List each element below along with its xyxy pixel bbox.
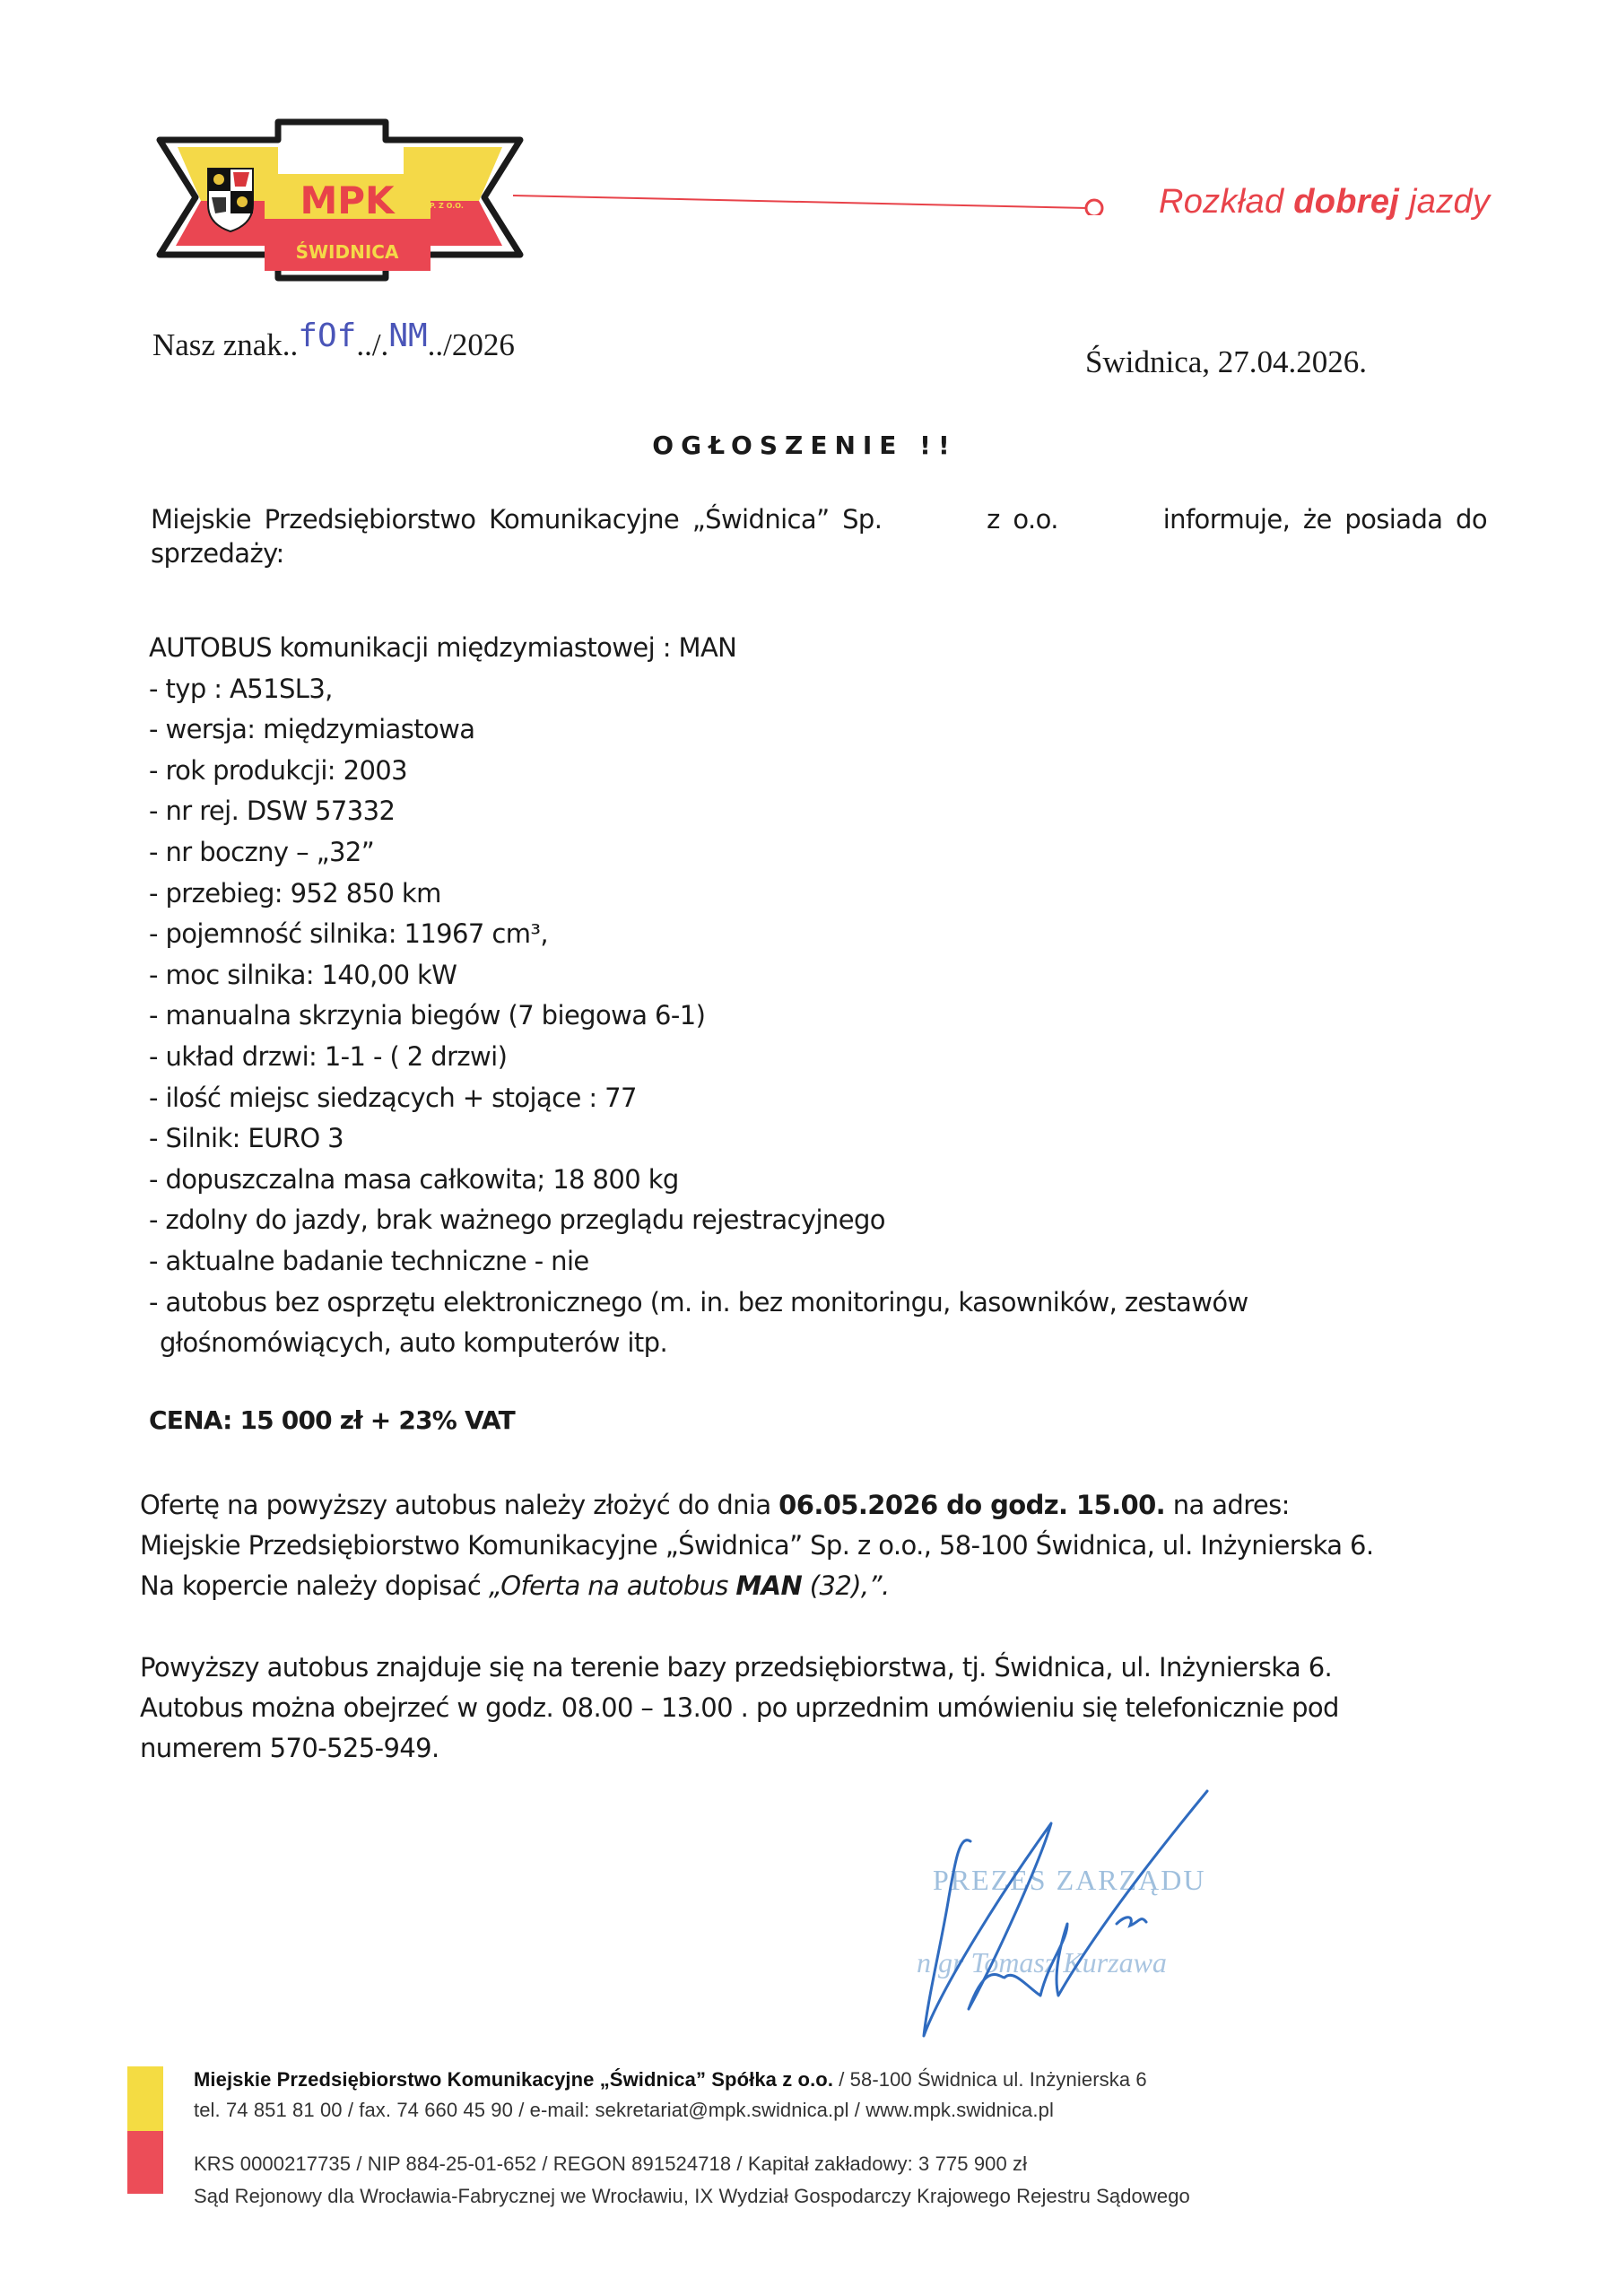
footer-court: Sąd Rejonowy dla Wrocławia-Fabrycznej we… bbox=[194, 2185, 1190, 2208]
footer-contact: tel. 74 851 81 00 / fax. 74 660 45 90 / … bbox=[194, 2099, 1054, 2122]
spec-item: - przebieg: 952 850 km bbox=[149, 874, 1494, 915]
spec-item: - autobus bez osprzętu elektronicznego (… bbox=[149, 1283, 1494, 1324]
spec-item: - typ : A51SL3, bbox=[149, 669, 1494, 710]
offer-address: Miejskie Przedsiębiorstwo Komunikacyjne … bbox=[140, 1526, 1503, 1566]
phone-number-line: numerem 570-525-949. bbox=[140, 1728, 1503, 1769]
spec-item: - ilość miejsc siedzących + stojące : 77 bbox=[149, 1078, 1494, 1119]
announcement-title: OGŁOSZENIE !! bbox=[0, 430, 1609, 460]
spec-item: - dopuszczalna masa całkowita; 18 800 kg bbox=[149, 1160, 1494, 1201]
spec-item: - pojemność silnika: 11967 cm³, bbox=[149, 914, 1494, 955]
spec-item: - Silnik: EURO 3 bbox=[149, 1118, 1494, 1160]
reference-number: Nasz znak..fOf../.NM../2026 bbox=[152, 326, 515, 363]
svg-text:SP. Z O.O.: SP. Z O.O. bbox=[424, 202, 464, 210]
viewing-information: Powyższy autobus znajduje się na terenie… bbox=[140, 1648, 1503, 1769]
footer-company: Miejskie Przedsiębiorstwo Komunikacyjne … bbox=[194, 2068, 1147, 2092]
handwritten-initials: NM bbox=[388, 317, 427, 354]
spec-item: - zdolny do jazdy, brak ważnego przegląd… bbox=[149, 1200, 1494, 1241]
footer-yellow-bar bbox=[127, 2066, 163, 2131]
spec-item: - rok produkcji: 2003 bbox=[149, 751, 1494, 792]
spec-item: - nr rej. DSW 57332 bbox=[149, 791, 1494, 832]
offer-deadline: 06.05.2026 do godz. 15.00. bbox=[778, 1490, 1165, 1520]
price: CENA: 15 000 zł + 23% VAT bbox=[149, 1405, 515, 1435]
signature-icon bbox=[906, 1780, 1229, 2040]
spec-item: - moc silnika: 140,00 kW bbox=[149, 955, 1494, 996]
coat-of-arms-icon bbox=[208, 169, 253, 231]
intro-paragraph: Miejskie Przedsiębiorstwo Komunikacyjne … bbox=[151, 502, 1496, 570]
spec-item: - wersja: międzymiastowa bbox=[149, 709, 1494, 751]
offer-instructions: Ofertę na powyższy autobus należy złożyć… bbox=[140, 1485, 1503, 1606]
mpk-swidnica-logo: MPK ŚWIDNICA SP. Z O.O. bbox=[144, 115, 538, 285]
handwritten-number: fOf bbox=[298, 317, 356, 354]
place-and-date: Świdnica, 27.04.2026. bbox=[1085, 344, 1367, 380]
spec-item: - aktualne badanie techniczne - nie bbox=[149, 1241, 1494, 1283]
spec-item: - nr boczny – „32” bbox=[149, 832, 1494, 874]
svg-text:ŚWIDNICA: ŚWIDNICA bbox=[296, 241, 399, 263]
footer-registry: KRS 0000217735 / NIP 884-25-01-652 / REG… bbox=[194, 2152, 1027, 2176]
bus-specifications: AUTOBUS komunikacji międzymiastowej : MA… bbox=[149, 628, 1494, 1364]
footer-red-bar bbox=[127, 2131, 163, 2194]
spec-item-continuation: głośnomówiących, auto komputerów itp. bbox=[149, 1323, 1494, 1364]
spec-item: - układ drzwi: 1-1 - ( 2 drzwi) bbox=[149, 1037, 1494, 1078]
tagline-connector-line bbox=[513, 188, 1105, 215]
spec-item: - manualna skrzynia biegów (7 biegowa 6-… bbox=[149, 996, 1494, 1037]
spec-heading: AUTOBUS komunikacji międzymiastowej : MA… bbox=[149, 628, 1494, 669]
company-tagline: Rozkład dobrej jazdy bbox=[1159, 183, 1490, 222]
svg-text:MPK: MPK bbox=[300, 178, 396, 222]
